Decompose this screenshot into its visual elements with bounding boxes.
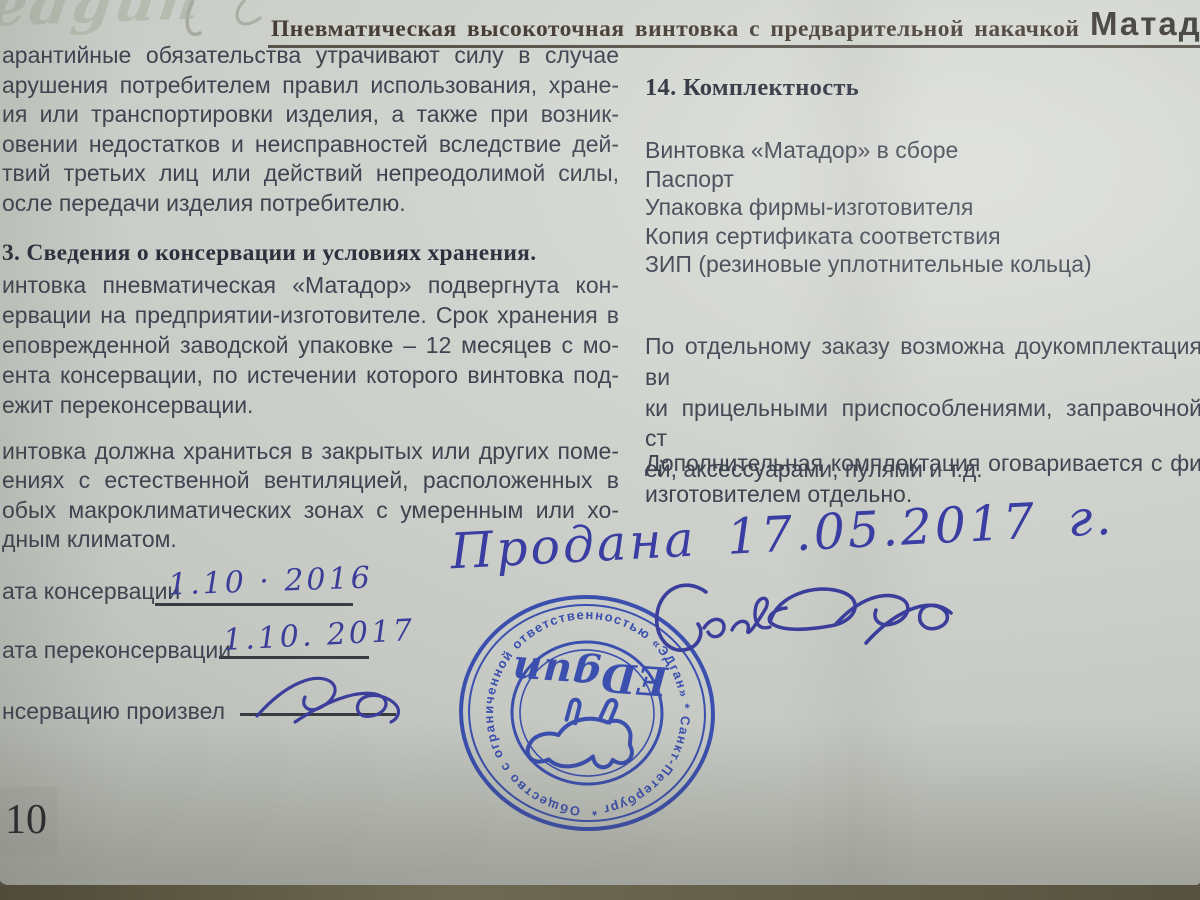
text-line: ента консервации, по истечении которого … [2,360,619,390]
text-line: ежит переконсервации. [2,390,619,420]
text-line: твий третьих лиц или действий непреодоли… [2,159,619,189]
text-line: По отдельному заказу возможна доукомплек… [645,331,1200,393]
photographed-passport-page: { "header": { "title": "Пневматическая в… [0,0,1200,900]
conservation-date-line [155,603,353,606]
text-line: арантийные обязательства утрачивают силу… [2,41,619,71]
seal-animal-logo [527,714,634,770]
reconservation-date-label: ата переконсервации [2,637,231,664]
text-line: ия или транспортировки изделия, а также … [2,100,619,130]
text-line: интовка должна храниться в закрытых или … [2,437,619,466]
performed-by-label: нсервацию произвел [2,698,225,725]
kit-list-item: Винтовка «Матадор» в сборе [645,136,1200,165]
text-line: интовка пневматическая «Матадор» подверг… [2,270,619,300]
text-line: арушения потребителем правил использован… [2,71,619,101]
kit-list-item: ЗИП (резиновые уплотнительные кольца) [645,250,1200,279]
text-line: Дополнительная комплектация оговариваетс… [645,448,1200,479]
conservation-date-label: ата консервации [2,578,180,605]
brand-wordmark: Матадор [1090,5,1200,43]
page-number-box: 10 [0,787,57,855]
section-13-heading: 3. Сведения о консервации и условиях хра… [2,240,536,267]
seller-signature [620,565,960,665]
warranty-paragraph: арантийные обязательства утрачивают силу… [2,41,619,219]
kit-list: Винтовка «Матадор» в сбореПаспортУпаковк… [645,136,1200,279]
section-14-heading: 14. Комплектность [645,74,859,102]
conservation-paragraph: интовка пневматическая «Матадор» подверг… [2,270,619,420]
text-line: осле передачи изделия потребителю. [2,189,619,219]
page-number: 10 [5,796,47,844]
kit-list-item: Копия сертификата соответствия [645,222,1200,251]
text-line: ениях с естественной вентиляцией, распол… [2,466,619,495]
conservation-date-value: 1.10 · 2016 [167,560,373,602]
text-line: ервации на предприятии-изготовителе. Сро… [2,300,619,330]
text-line: еповрежденной заводской упаковке – 12 ме… [2,330,619,360]
kit-list-item: Паспорт [645,165,1200,194]
page-header-title: Пневматическая высокоточная винтовка с п… [271,16,1079,43]
table-surface [0,885,1200,900]
text-line: овении недостатков и неисправностей всле… [2,130,619,160]
performed-by-signature [245,662,410,732]
kit-list-item: Упаковка фирмы-изготовителя [645,193,1200,222]
text-line: ки прицельными приспособлениями, заправо… [645,393,1200,455]
